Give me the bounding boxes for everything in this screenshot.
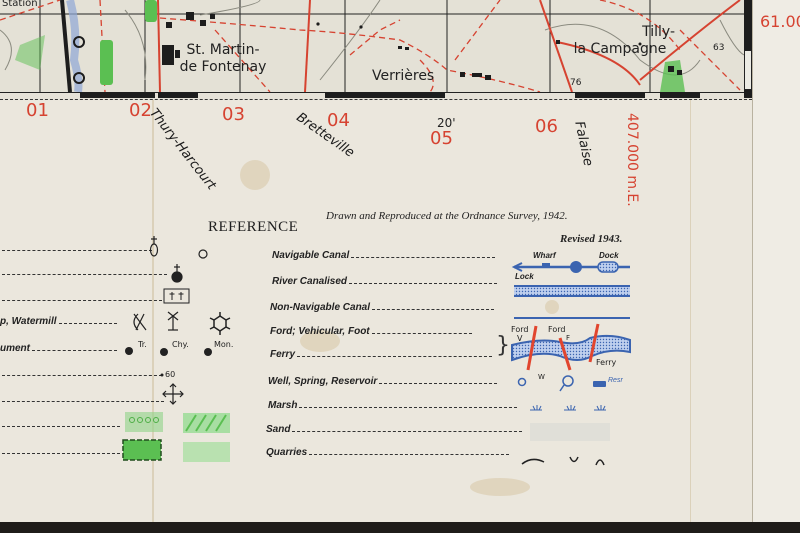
leader-dots (2, 426, 120, 427)
legend-label: Quarries (266, 447, 307, 458)
legend-label: Ford; Vehicular, Foot (270, 326, 370, 337)
wood-hatched-icon (183, 413, 230, 433)
station-label: Station (2, 0, 38, 9)
legend-row-left (0, 446, 120, 460)
map-area: Station St. Martin- de Fontenay Verrière… (0, 0, 752, 98)
legend-right-symbols (500, 248, 640, 478)
open-circle-icon (199, 250, 207, 258)
dock-icon (598, 262, 618, 272)
place-st-martin-de-fontenay: St. Martin- de Fontenay (168, 42, 278, 76)
brace: } (496, 333, 510, 358)
quarry-icon (522, 457, 604, 465)
place-name-line: St. Martin- (168, 42, 278, 59)
ford-foot-label: Ford (548, 325, 565, 334)
church-spire-icon (151, 236, 158, 256)
marsh-icon (530, 405, 606, 410)
leader-dots (309, 454, 509, 455)
neatline-segment (575, 92, 645, 98)
monument-label: Mon. (214, 340, 233, 349)
scrub-stipple-icon (183, 442, 230, 462)
leader-dots (32, 350, 117, 351)
well-w-label: W (538, 373, 545, 381)
legend-row-left (0, 419, 120, 433)
spot-height: 63 (713, 43, 724, 53)
spot-height-icon (161, 374, 164, 377)
leader-dots (372, 333, 472, 334)
lock-label: Lock (515, 272, 534, 281)
leader-dots (299, 407, 517, 408)
northing-label: 61.00 (760, 12, 800, 31)
neatline-segment (660, 92, 700, 98)
leader-dots (59, 323, 117, 324)
legend-row-marsh: Marsh (268, 400, 517, 414)
ford-v-label: V (517, 334, 522, 343)
place-name-line: Tilly- (545, 24, 695, 41)
spring-icon (560, 376, 573, 391)
spot-height: 76 (570, 78, 581, 88)
leader-dots (351, 257, 495, 258)
leader-dots (292, 431, 522, 432)
church-tower-icon (172, 264, 182, 282)
lock-icon (570, 261, 582, 273)
leader-dots (372, 309, 494, 310)
leader-dots (297, 356, 492, 357)
ferry-label: Ferry (596, 358, 616, 367)
leader-dots (2, 453, 120, 454)
park-icon (123, 440, 161, 460)
paper-stain (470, 478, 530, 496)
neatline-segment (80, 92, 155, 98)
ford-vehicular-label: Ford (511, 325, 528, 334)
spot-height-value: 60 (165, 370, 175, 379)
place-tilly-la-campagne: Tilly- la Campagne (545, 24, 695, 58)
ford-f-label: F (566, 334, 570, 342)
sand-icon (530, 423, 610, 441)
monument-icon (204, 348, 212, 356)
legend-left-symbols (120, 232, 240, 472)
reservoir-label: Resr (608, 377, 623, 384)
wharf-label: Wharf (533, 251, 556, 260)
legend-label: Non-Navigable Canal (270, 302, 370, 313)
minute-mark: 20' (437, 116, 456, 130)
reservoir-icon (593, 381, 606, 387)
grid-easting-03: 03 (222, 104, 245, 125)
legend-row-river-canalised: River Canalised (272, 276, 497, 290)
place-name-line: de Fontenay (168, 59, 278, 76)
well-icon (519, 379, 526, 386)
neatline-segment (158, 92, 198, 98)
wind-pump-icon (168, 312, 178, 330)
direction-arrows-icon (163, 384, 183, 404)
watermill-icon (210, 312, 230, 335)
legend-row-navigable-canal: Navigable Canal (272, 250, 495, 264)
legend-label: ument (0, 343, 30, 354)
grid-easting-06: 06 (535, 116, 558, 137)
legend-row-well-spring-reservoir: Well, Spring, Reservoir (268, 376, 497, 390)
legend-label: Ferry (270, 349, 295, 360)
wharf-icon (542, 263, 550, 267)
paper-stain (240, 160, 270, 190)
legend-row-monument: ument (0, 343, 117, 357)
place-name-line: Verrières (372, 68, 434, 84)
legend-row-quarries: Quarries (266, 447, 509, 461)
adjacent-sheet-edge (752, 0, 800, 533)
dock-label: Dock (599, 251, 619, 260)
chimney-icon (160, 348, 168, 356)
legend-label: p, Watermill (0, 316, 57, 327)
legend-label: Navigable Canal (272, 250, 349, 261)
easting-full-label: 407.000 m.E. (624, 113, 640, 207)
legend-row-sand: Sand (266, 424, 522, 438)
paper-fold (690, 95, 691, 525)
grid-easting-04: 04 (327, 110, 350, 131)
cemetery-icon (164, 289, 189, 303)
place-verrieres: Verrières (372, 68, 434, 85)
grid-easting-01: 01 (26, 100, 49, 121)
legend-label: River Canalised (272, 276, 347, 287)
map-border-right-segment (744, 50, 752, 90)
place-name-line: la Campagne (545, 41, 695, 58)
river-canalised-icon (514, 286, 630, 296)
legend-label: Sand (266, 424, 290, 435)
trig-label: Tr. (138, 340, 147, 349)
trig-point-icon (125, 347, 133, 355)
chimney-label: Chy. (172, 340, 189, 349)
photo-background (0, 522, 800, 533)
grid-easting-05: 05 (430, 128, 453, 149)
leader-dots (349, 283, 497, 284)
legend-row-ford: Ford; Vehicular, Foot (270, 326, 472, 340)
leader-dots (379, 383, 497, 384)
survey-credit: Drawn and Reproduced at the Ordnance Sur… (326, 210, 567, 222)
legend-row-non-navigable-canal: Non-Navigable Canal (270, 302, 494, 316)
legend-label: Marsh (268, 400, 297, 411)
legend-label: Well, Spring, Reservoir (268, 376, 377, 387)
windmill-icon (134, 314, 146, 330)
revision-note: Revised 1943. (560, 233, 622, 245)
legend-row-ferry: Ferry (270, 349, 492, 363)
neatline-segment (325, 92, 445, 98)
legend-row-windmill-watermill: p, Watermill (0, 316, 117, 330)
